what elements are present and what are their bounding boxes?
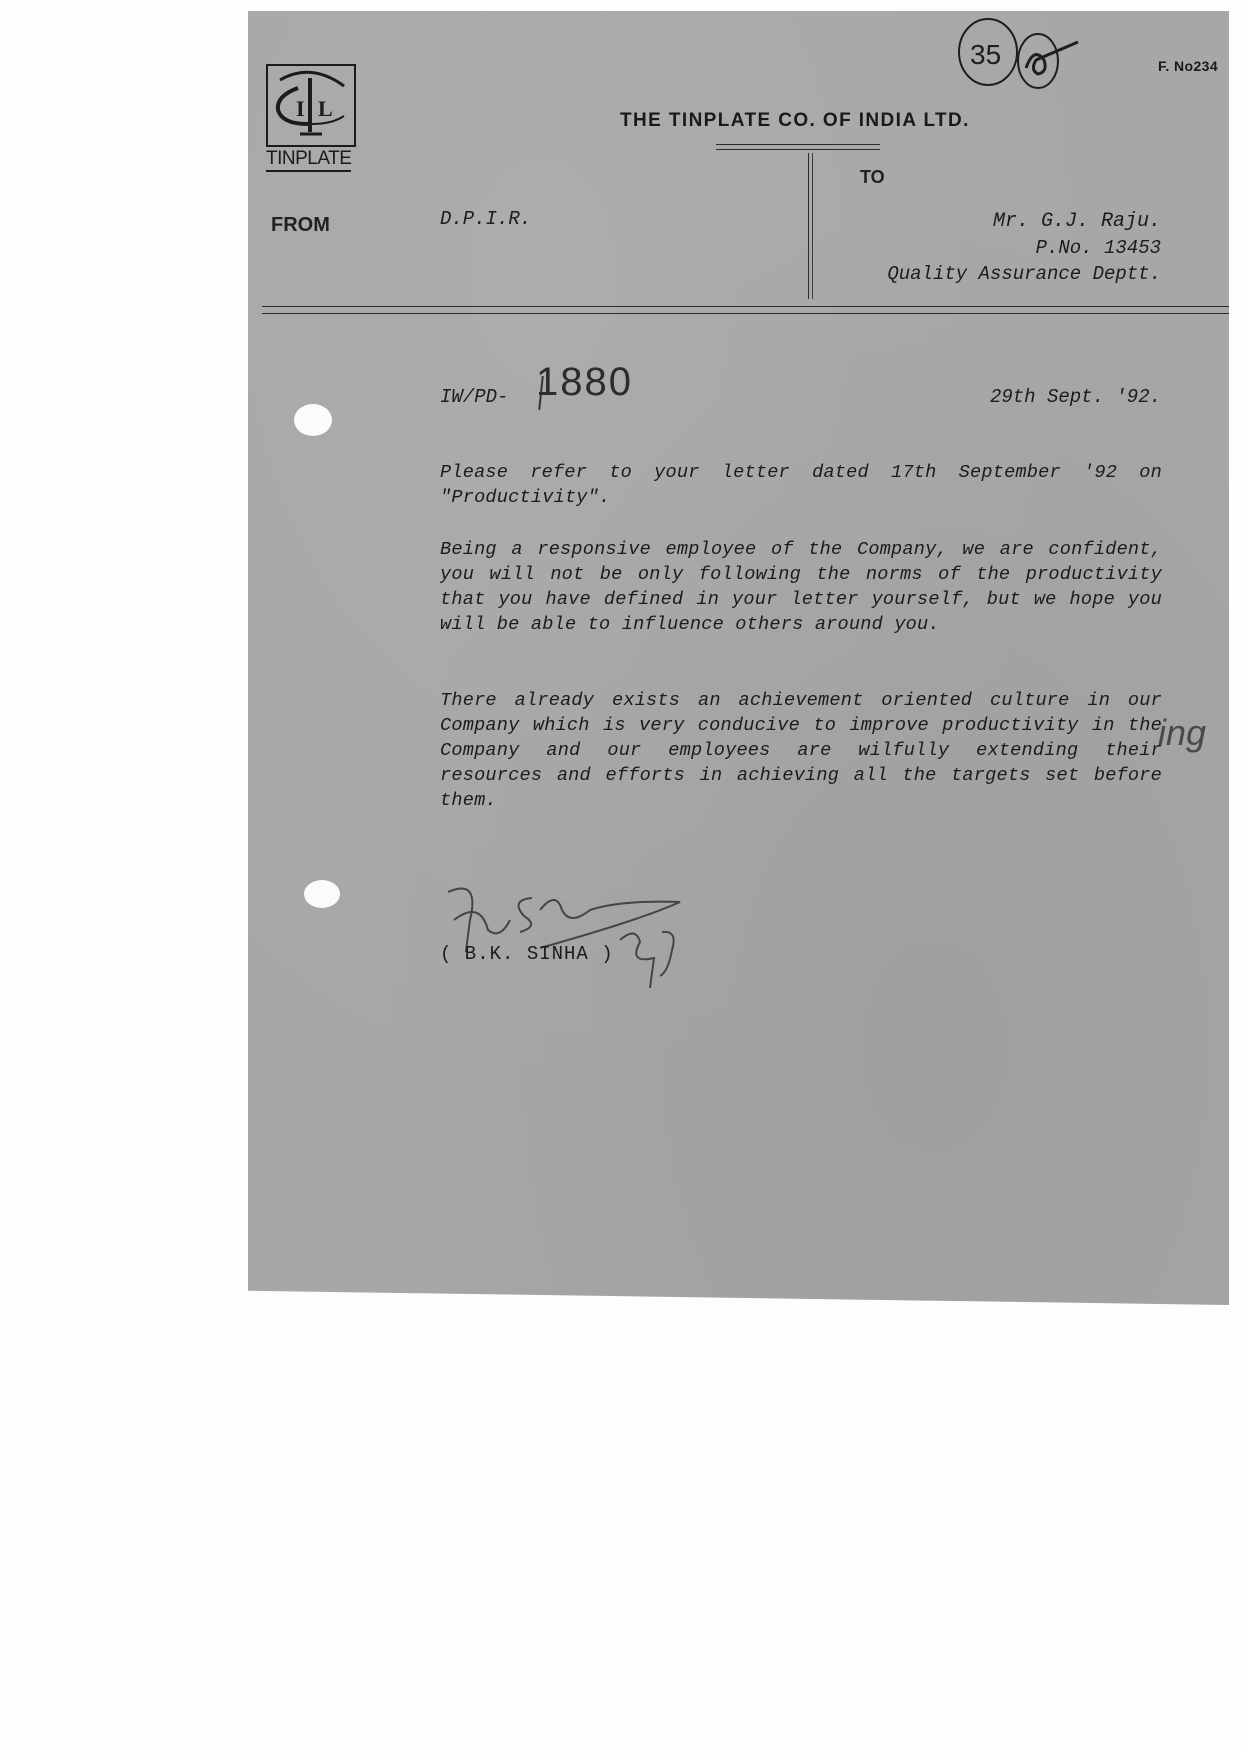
handwritten-reference-number: 1880 <box>536 360 633 405</box>
recipient-block: Mr. G.J. Raju. P.No. 13453 Quality Assur… <box>887 209 1161 287</box>
to-label: TO <box>860 167 885 188</box>
recipient-personal-number: P.No. 13453 <box>887 235 1161 261</box>
punch-hole-bottom <box>304 880 340 908</box>
header-divider <box>262 306 1229 307</box>
handwritten-circled-marks-icon: 35 <box>958 16 1118 96</box>
reference-prefix: IW/PD- <box>440 386 508 408</box>
header-divider-double <box>262 313 1229 314</box>
logo-monogram: I L <box>266 64 356 147</box>
signatory-name: ( B.K. SINHA ) <box>440 943 614 965</box>
recipient-name: Mr. G.J. Raju. <box>887 209 1161 235</box>
handwritten-margin-correction: ing <box>1158 712 1206 754</box>
company-logo: I L TINPLATE <box>266 64 358 172</box>
from-label: FROM <box>271 214 330 237</box>
heading-rule-double <box>716 149 880 150</box>
paragraph-1: Please refer to your letter dated 17th S… <box>440 460 1162 510</box>
header-vertical-divider <box>808 153 813 299</box>
recipient-department: Quality Assurance Deptt. <box>887 261 1161 287</box>
svg-text:L: L <box>318 96 333 121</box>
heading-rule <box>716 144 880 145</box>
punch-hole-top <box>294 404 332 436</box>
scanned-letter-page <box>248 11 1229 1305</box>
tcil-monogram-icon: I L <box>268 66 354 145</box>
paragraph-3: There already exists an achievement orie… <box>440 688 1162 813</box>
company-name-heading: THE TINPLATE CO. OF INDIA LTD. <box>620 110 970 132</box>
logo-wordmark: TINPLATE <box>266 148 351 172</box>
paragraph-2: Being a responsive employee of the Compa… <box>440 537 1162 637</box>
file-number: F. No234 <box>1158 58 1218 74</box>
svg-text:I: I <box>296 96 305 121</box>
handwritten-signature-icon <box>440 880 720 990</box>
letter-date: 29th Sept. '92. <box>990 386 1161 408</box>
sender-department: D.P.I.R. <box>440 208 531 230</box>
circled-note-number: 35 <box>970 39 1001 70</box>
